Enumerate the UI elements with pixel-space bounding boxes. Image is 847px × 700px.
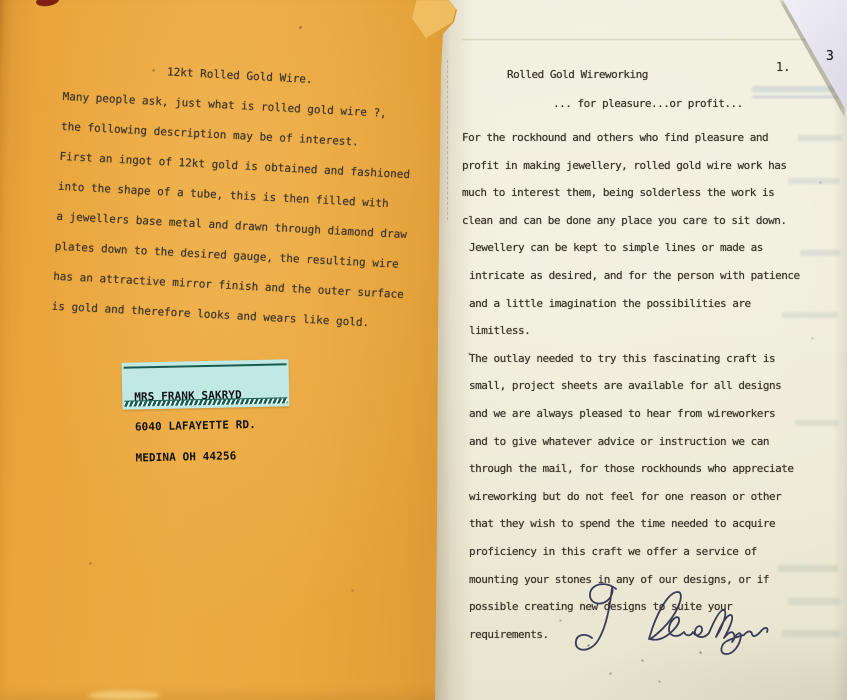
typewritten-line: small, project sheets are available for … [462, 372, 807, 400]
left-page-paper: 12kt Rolled Gold Wire. Many people ask, … [0, 0, 458, 700]
typewritten-line: For the rockhound and others who find pl… [462, 124, 807, 152]
typewritten-line: that they wish to spend the time needed … [462, 510, 807, 538]
paper-edge-highlight [88, 691, 160, 700]
right-page-subtitle: ... for pleasure...or profit... [553, 97, 743, 110]
typewritten-line: profit in making jewellery, rolled gold … [462, 152, 807, 180]
signature-handwriting [553, 578, 793, 660]
bleedthrough-mark [752, 86, 838, 92]
typewritten-line: Jewellery can be kept to simple lines or… [462, 234, 807, 262]
right-page-body: For the rockhound and others who find pl… [462, 124, 807, 648]
horizontal-crease [462, 39, 807, 40]
red-ink-spot [35, 0, 59, 8]
address-city: MEDINA OH 44256 [135, 451, 290, 465]
underlying-page-number: 3 [826, 49, 834, 64]
typewritten-line: through the mail, for those rockhounds w… [462, 455, 807, 483]
address-label-sticker: MRS FRANK SAKRYD 6040 LAFAYETTE RD. MEDI… [122, 359, 290, 409]
typewritten-line: and we are always pleased to hear from w… [462, 400, 807, 428]
typewritten-line: limitless. [462, 317, 807, 345]
address-label-text: MRS FRANK SAKRYD 6040 LAFAYETTE RD. MEDI… [122, 368, 291, 485]
paragraph-2: Jewellery can be kept to simple lines or… [462, 234, 807, 344]
left-page-body: 12kt Rolled Gold Wire. Many people ask, … [51, 52, 437, 341]
typewritten-line: wireworking but do not feel for one reas… [462, 483, 807, 511]
scanned-document-photo: { "left_page": { "paper_color": "#e9a63d… [0, 0, 847, 700]
right-page-heading: Rolled Gold Wireworking [507, 68, 648, 81]
bleedthrough-underline [752, 96, 842, 98]
typewritten-line: intricate as desired, and for the person… [462, 262, 807, 290]
paper-specks [0, 0, 1, 1]
right-page-number: 1. [776, 60, 790, 74]
typewritten-line: much to interest them, being solderless … [462, 179, 807, 207]
address-street: 6040 LAFAYETTE RD. [135, 420, 290, 434]
typewritten-line: clean and can be done any place you care… [462, 207, 807, 235]
paragraph-1: For the rockhound and others who find pl… [462, 124, 807, 234]
typewritten-line: and to give whatever advice or instructi… [462, 428, 807, 456]
typewritten-line: proficiency in this craft we offer a ser… [462, 538, 807, 566]
typewritten-line: The outlay needed to try this fascinatin… [462, 345, 807, 373]
typewritten-line: and a little imagination the possibiliti… [462, 290, 807, 318]
